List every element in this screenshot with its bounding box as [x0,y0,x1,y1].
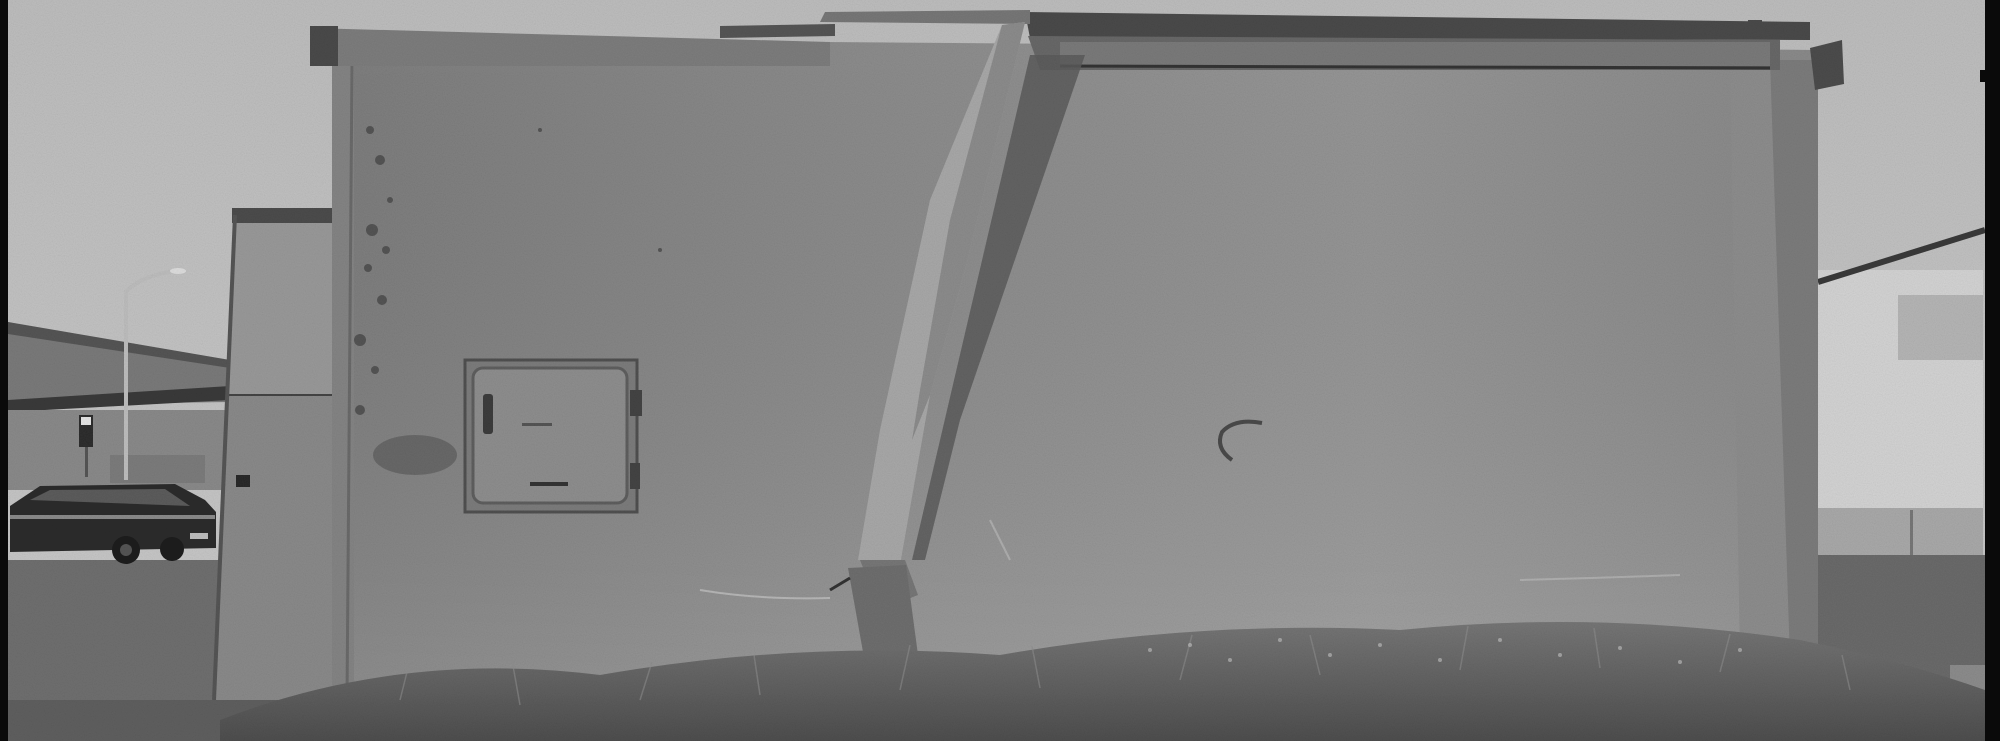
pale-warehouse-wall [1818,270,1983,558]
side-door-panel [212,208,345,705]
parking-lot-ground [8,560,223,710]
photograph: Black-and-white photograph of a weathere… [0,0,2000,741]
metal-hatch [465,360,642,512]
photo-scene [0,0,2000,741]
